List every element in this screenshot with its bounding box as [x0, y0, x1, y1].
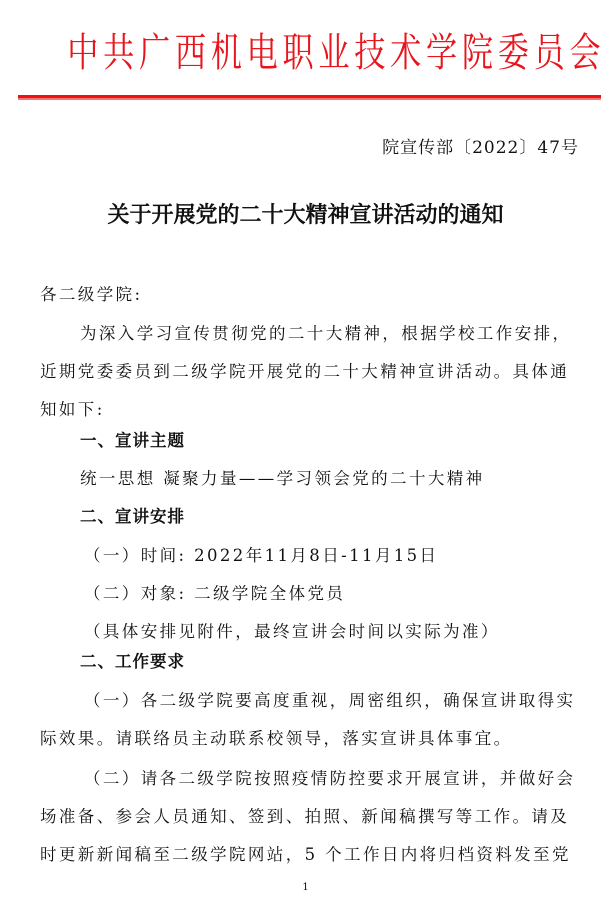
- document-title: 关于开展党的二十大精神宣讲活动的通知: [0, 198, 611, 229]
- section-line: 际效果。请联络员主动联系校领导，落实宣讲具体事宜。: [40, 725, 513, 749]
- letterhead-red-rule-secondary: [18, 98, 601, 100]
- section-line: 统一思想 凝聚力量——学习领会党的二十大精神: [80, 465, 485, 489]
- page-number: 1: [0, 882, 611, 893]
- intro-line: 为深入学习宣传贯彻党的二十大精神，根据学校工作安排，: [80, 320, 571, 344]
- intro-line: 知如下:: [40, 396, 105, 420]
- section-line: （一）各二级学院要高度重视，周密组织，确保宣讲取得实: [84, 687, 575, 711]
- section-line: 时更新新闻稿至二级学院网站，5 个工作日内将归档资料发至党: [40, 841, 571, 865]
- salutation: 各二级学院:: [40, 281, 142, 305]
- section-line: （一）时间: 2022年11月8日-11月15日: [84, 542, 438, 566]
- section-heading: 一、宣讲主题: [80, 427, 185, 451]
- section-line: （二）请各二级学院按照疫情防控要求开展宣讲，并做好会: [84, 765, 575, 789]
- intro-line: 近期党委委员到二级学院开展党的二十大精神宣讲活动。具体通: [40, 358, 569, 382]
- letterhead-title: 中共广西机电职业技术学院委员会: [67, 28, 544, 78]
- section-heading: 二、宣讲安排: [80, 503, 185, 527]
- section-line: 场准备、参会人员通知、签到、拍照、新闻稿撰写等工作。请及: [40, 803, 569, 827]
- section-line: （二）对象: 二级学院全体党员: [84, 580, 345, 604]
- section-line: （具体安排见附件，最终宣讲会时间以实际为准）: [84, 618, 500, 642]
- document-number: 院宣传部〔2022〕47号: [382, 133, 579, 158]
- section-heading: 二、工作要求: [80, 648, 185, 672]
